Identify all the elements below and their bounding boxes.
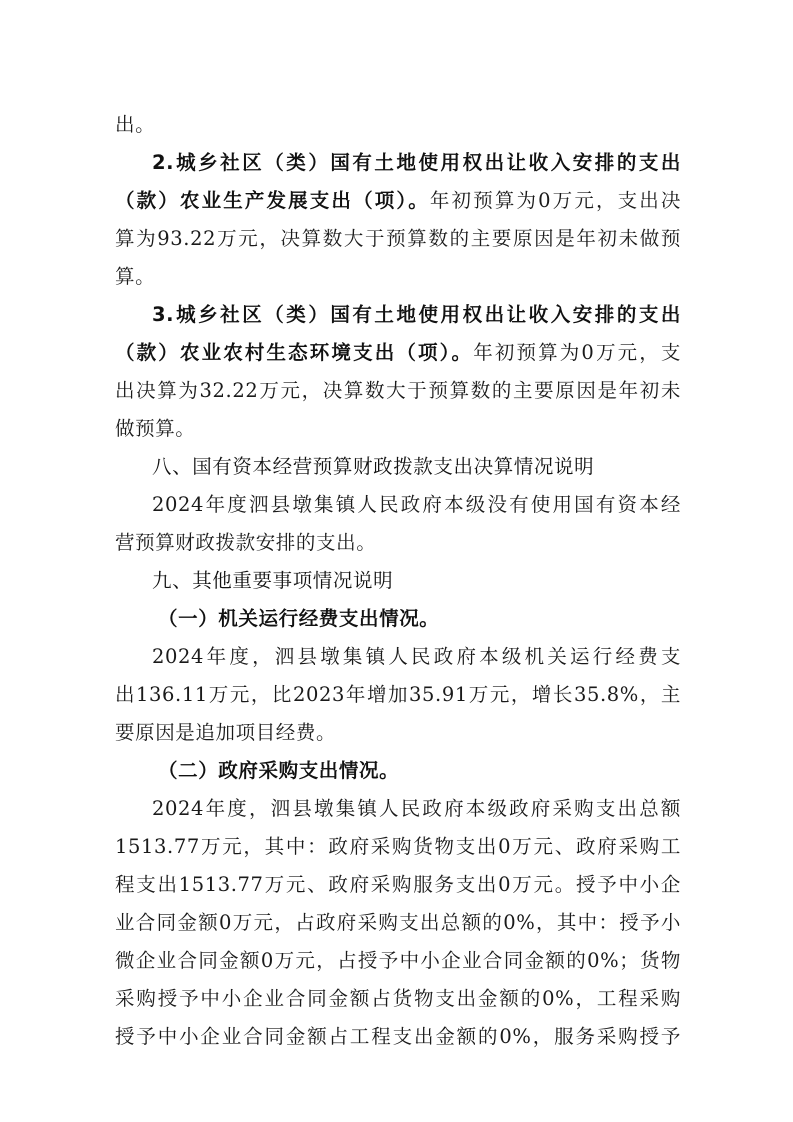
subsection-2-paragraph: 1513.77万元，其中：政府采购货物支出0万元、政府采购工 — [115, 828, 681, 866]
subsection-2-heading: （二）政府采购支出情况。 — [158, 752, 399, 790]
subheading-text: （一）机关运行经费支出情况。 — [158, 607, 439, 630]
heading-text: 九、其他重要事项情况说明 — [152, 569, 393, 592]
bold-text: （款）农业农村生态环境支出（项）。 — [115, 341, 473, 364]
subheading-text: （二）政府采购支出情况。 — [158, 759, 399, 782]
text: 算为93.22万元，决算数大于预算数的主要原因是年初未做预 — [115, 227, 681, 250]
text: 2024年度，泗县墩集镇人民政府本级机关运行经费支 — [152, 645, 681, 668]
text: 2024年度泗县墩集镇人民政府本级没有使用国有资本经 — [152, 493, 681, 516]
bold-text: 2.城乡社区（类）国有土地使用权出让收入安排的支出 — [152, 151, 681, 174]
subsection-2-paragraph: 程支出1513.77万元、政府采购服务支出0万元。授予中小企 — [115, 866, 681, 904]
item-3-line: 出决算为32.22万元，决算数大于预算数的主要原因是年初未 — [115, 372, 681, 410]
item-2-line: 算为93.22万元，决算数大于预算数的主要原因是年初未做预 — [115, 220, 681, 258]
text: 营预算财政拨款安排的支出。 — [115, 531, 376, 554]
text: 年初预算为0万元，支出决 — [430, 189, 681, 212]
item-3-line: 做预算。 — [115, 410, 195, 448]
section-9-heading: 九、其他重要事项情况说明 — [152, 562, 393, 600]
text: 出决算为32.22万元，决算数大于预算数的主要原因是年初未 — [115, 379, 681, 402]
text: 出136.11万元，比2023年增加35.91万元，增长35.8%，主 — [115, 683, 681, 706]
subsection-1-paragraph: 要原因是追加项目经费。 — [115, 714, 336, 752]
item-2-line: 算。 — [115, 258, 155, 296]
item-3-title: 3.城乡社区（类）国有土地使用权出让收入安排的支出 — [152, 296, 681, 334]
subsection-2-paragraph: 授予中小企业合同金额占工程支出金额的0%，服务采购授予 — [115, 1018, 681, 1056]
subsection-1-paragraph: 出136.11万元，比2023年增加35.91万元，增长35.8%，主 — [115, 676, 681, 714]
subsection-2-paragraph: 微企业合同金额0万元，占授予中小企业合同金额的0%；货物 — [115, 942, 681, 980]
text: 程支出1513.77万元、政府采购服务支出0万元。授予中小企 — [115, 873, 681, 896]
text: 年初预算为0万元，支 — [473, 341, 681, 364]
text: 微企业合同金额0万元，占授予中小企业合同金额的0%；货物 — [115, 949, 681, 972]
text: 采购授予中小企业合同金额占货物支出金额的0%，工程采购 — [115, 987, 681, 1010]
subsection-2-paragraph: 2024年度，泗县墩集镇人民政府本级政府采购支出总额 — [152, 790, 681, 828]
text: 1513.77万元，其中：政府采购货物支出0万元、政府采购工 — [115, 835, 681, 858]
text: 算。 — [115, 265, 155, 288]
section-8-paragraph: 2024年度泗县墩集镇人民政府本级没有使用国有资本经 — [152, 486, 681, 524]
text: 业合同金额0万元，占政府采购支出总额的0%，其中：授予小 — [115, 911, 681, 934]
text: 出。 — [115, 113, 155, 136]
text: 授予中小企业合同金额占工程支出金额的0%，服务采购授予 — [115, 1025, 681, 1048]
subsection-2-paragraph: 采购授予中小企业合同金额占货物支出金额的0%，工程采购 — [115, 980, 681, 1018]
item-2-line: （款）农业生产发展支出（项）。年初预算为0万元，支出决 — [115, 182, 681, 220]
bold-text: 3.城乡社区（类）国有土地使用权出让收入安排的支出 — [152, 303, 681, 326]
text: 2024年度，泗县墩集镇人民政府本级政府采购支出总额 — [152, 797, 681, 820]
text: 做预算。 — [115, 417, 195, 440]
paragraph-continuation: 出。 — [115, 106, 155, 144]
item-3-line: （款）农业农村生态环境支出（项）。年初预算为0万元，支 — [115, 334, 681, 372]
subsection-1-paragraph: 2024年度，泗县墩集镇人民政府本级机关运行经费支 — [152, 638, 681, 676]
heading-text: 八、国有资本经营预算财政拨款支出决算情况说明 — [152, 455, 594, 478]
text: 要原因是追加项目经费。 — [115, 721, 336, 744]
section-8-paragraph: 营预算财政拨款安排的支出。 — [115, 524, 376, 562]
subsection-1-heading: （一）机关运行经费支出情况。 — [158, 600, 439, 638]
item-2-title: 2.城乡社区（类）国有土地使用权出让收入安排的支出 — [152, 144, 681, 182]
subsection-2-paragraph: 业合同金额0万元，占政府采购支出总额的0%，其中：授予小 — [115, 904, 681, 942]
section-8-heading: 八、国有资本经营预算财政拨款支出决算情况说明 — [152, 448, 594, 486]
bold-text: （款）农业生产发展支出（项）。 — [115, 189, 430, 212]
